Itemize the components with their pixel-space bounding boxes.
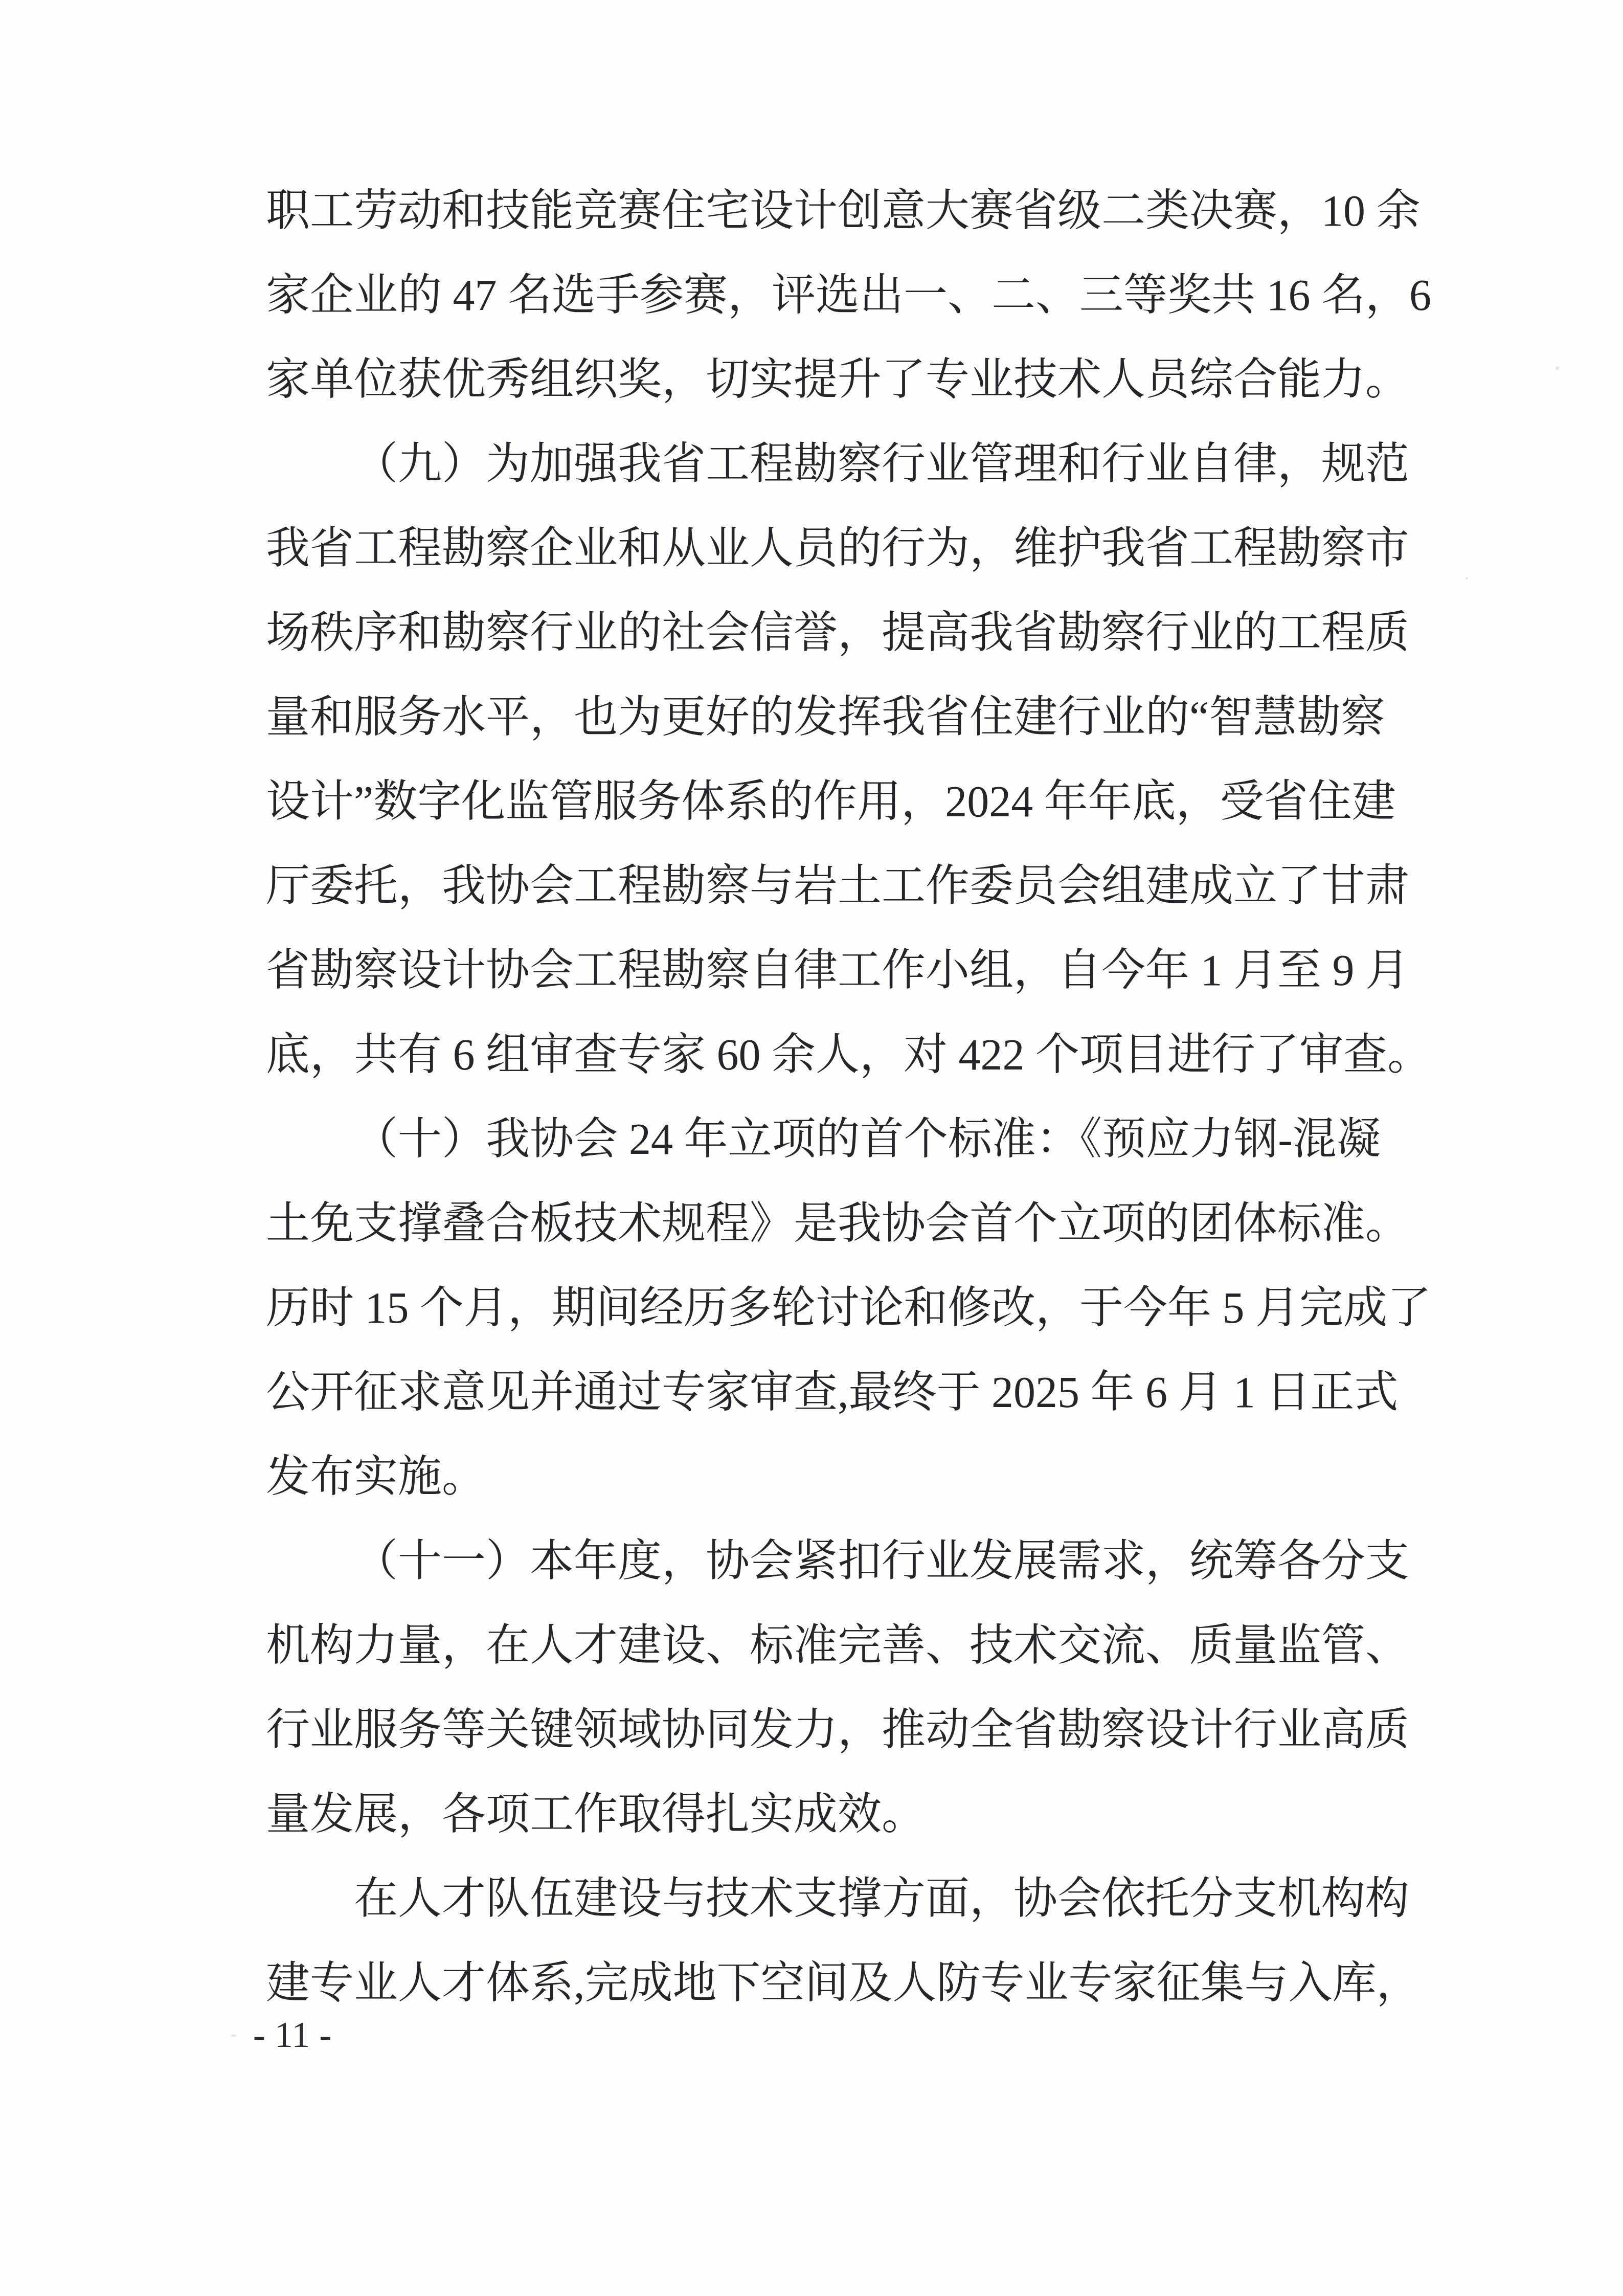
text-line: 职工劳动和技能竞赛住宅设计创意大赛省级二类决赛，10 余: [266, 169, 1381, 253]
text-line paragraph-end: 发布实施。: [266, 1435, 1381, 1519]
text-line: 省勘察设计协会工程勘察自律工作小组，自今年 1 月至 9 月: [266, 928, 1381, 1013]
text-line paragraph-start: （十）我协会 24 年立项的首个标准：《预应力钢-混凝: [266, 1097, 1381, 1182]
text-line: 历时 15 个月，期间经历多轮讨论和修改，于今年 5 月完成了: [266, 1266, 1381, 1350]
text-line: 土免支撑叠合板技术规程》是我协会首个立项的团体标准。: [266, 1182, 1381, 1266]
scan-speckle: [231, 2035, 236, 2037]
text-line: 厅委托，我协会工程勘察与岩土工作委员会组建成立了甘肃: [266, 844, 1381, 928]
text-line: 公开征求意见并通过专家审查,最终于 2025 年 6 月 1 日正式: [266, 1350, 1381, 1435]
text-line: 家单位获优秀组织奖，切实提升了专业技术人员综合能力。: [266, 338, 1381, 422]
text-line: 我省工程勘察企业和从业人员的行为，维护我省工程勘察市: [266, 506, 1381, 591]
text-line: 家企业的 47 名选手参赛，评选出一、二、三等奖共 16 名，6: [266, 253, 1381, 338]
text-line: 场秩序和勘察行业的社会信誉，提高我省勘察行业的工程质: [266, 591, 1381, 675]
text-line paragraph-start: （九）为加强我省工程勘察行业管理和行业自律，规范: [266, 422, 1381, 506]
text-line: 设计”数字化监管服务体系的作用，2024 年年底，受省住建: [266, 760, 1381, 844]
text-line paragraph-end: 量发展，各项工作取得扎实成效。: [266, 1772, 1381, 1857]
page-number: - 11 -: [253, 2014, 331, 2055]
text-line: 行业服务等关键领域协同发力，推动全省勘察设计行业高质: [266, 1688, 1381, 1772]
text-line: 量和服务水平，也为更好的发挥我省住建行业的“智慧勘察: [266, 675, 1381, 760]
document-body: 职工劳动和技能竞赛住宅设计创意大赛省级二类决赛，10 余 家企业的 47 名选手…: [266, 169, 1381, 2025]
text-line paragraph-start: （十一）本年度，协会紧扣行业发展需求，统筹各分支: [266, 1519, 1381, 1603]
document-page: 职工劳动和技能竞赛住宅设计创意大赛省级二类决赛，10 余 家企业的 47 名选手…: [0, 0, 1623, 2296]
text-line: 建专业人才体系,完成地下空间及人防专业专家征集与入库，: [266, 1941, 1381, 2025]
scan-speckle: [1556, 366, 1559, 370]
text-line: 机构力量，在人才建设、标准完善、技术交流、质量监管、: [266, 1603, 1381, 1688]
text-line: 底，共有 6 组审查专家 60 余人，对 422 个项目进行了审查。: [266, 1013, 1381, 1097]
text-line paragraph-start: 在人才队伍建设与技术支撑方面，协会依托分支机构构: [266, 1857, 1381, 1941]
scan-speckle: [1466, 577, 1468, 579]
